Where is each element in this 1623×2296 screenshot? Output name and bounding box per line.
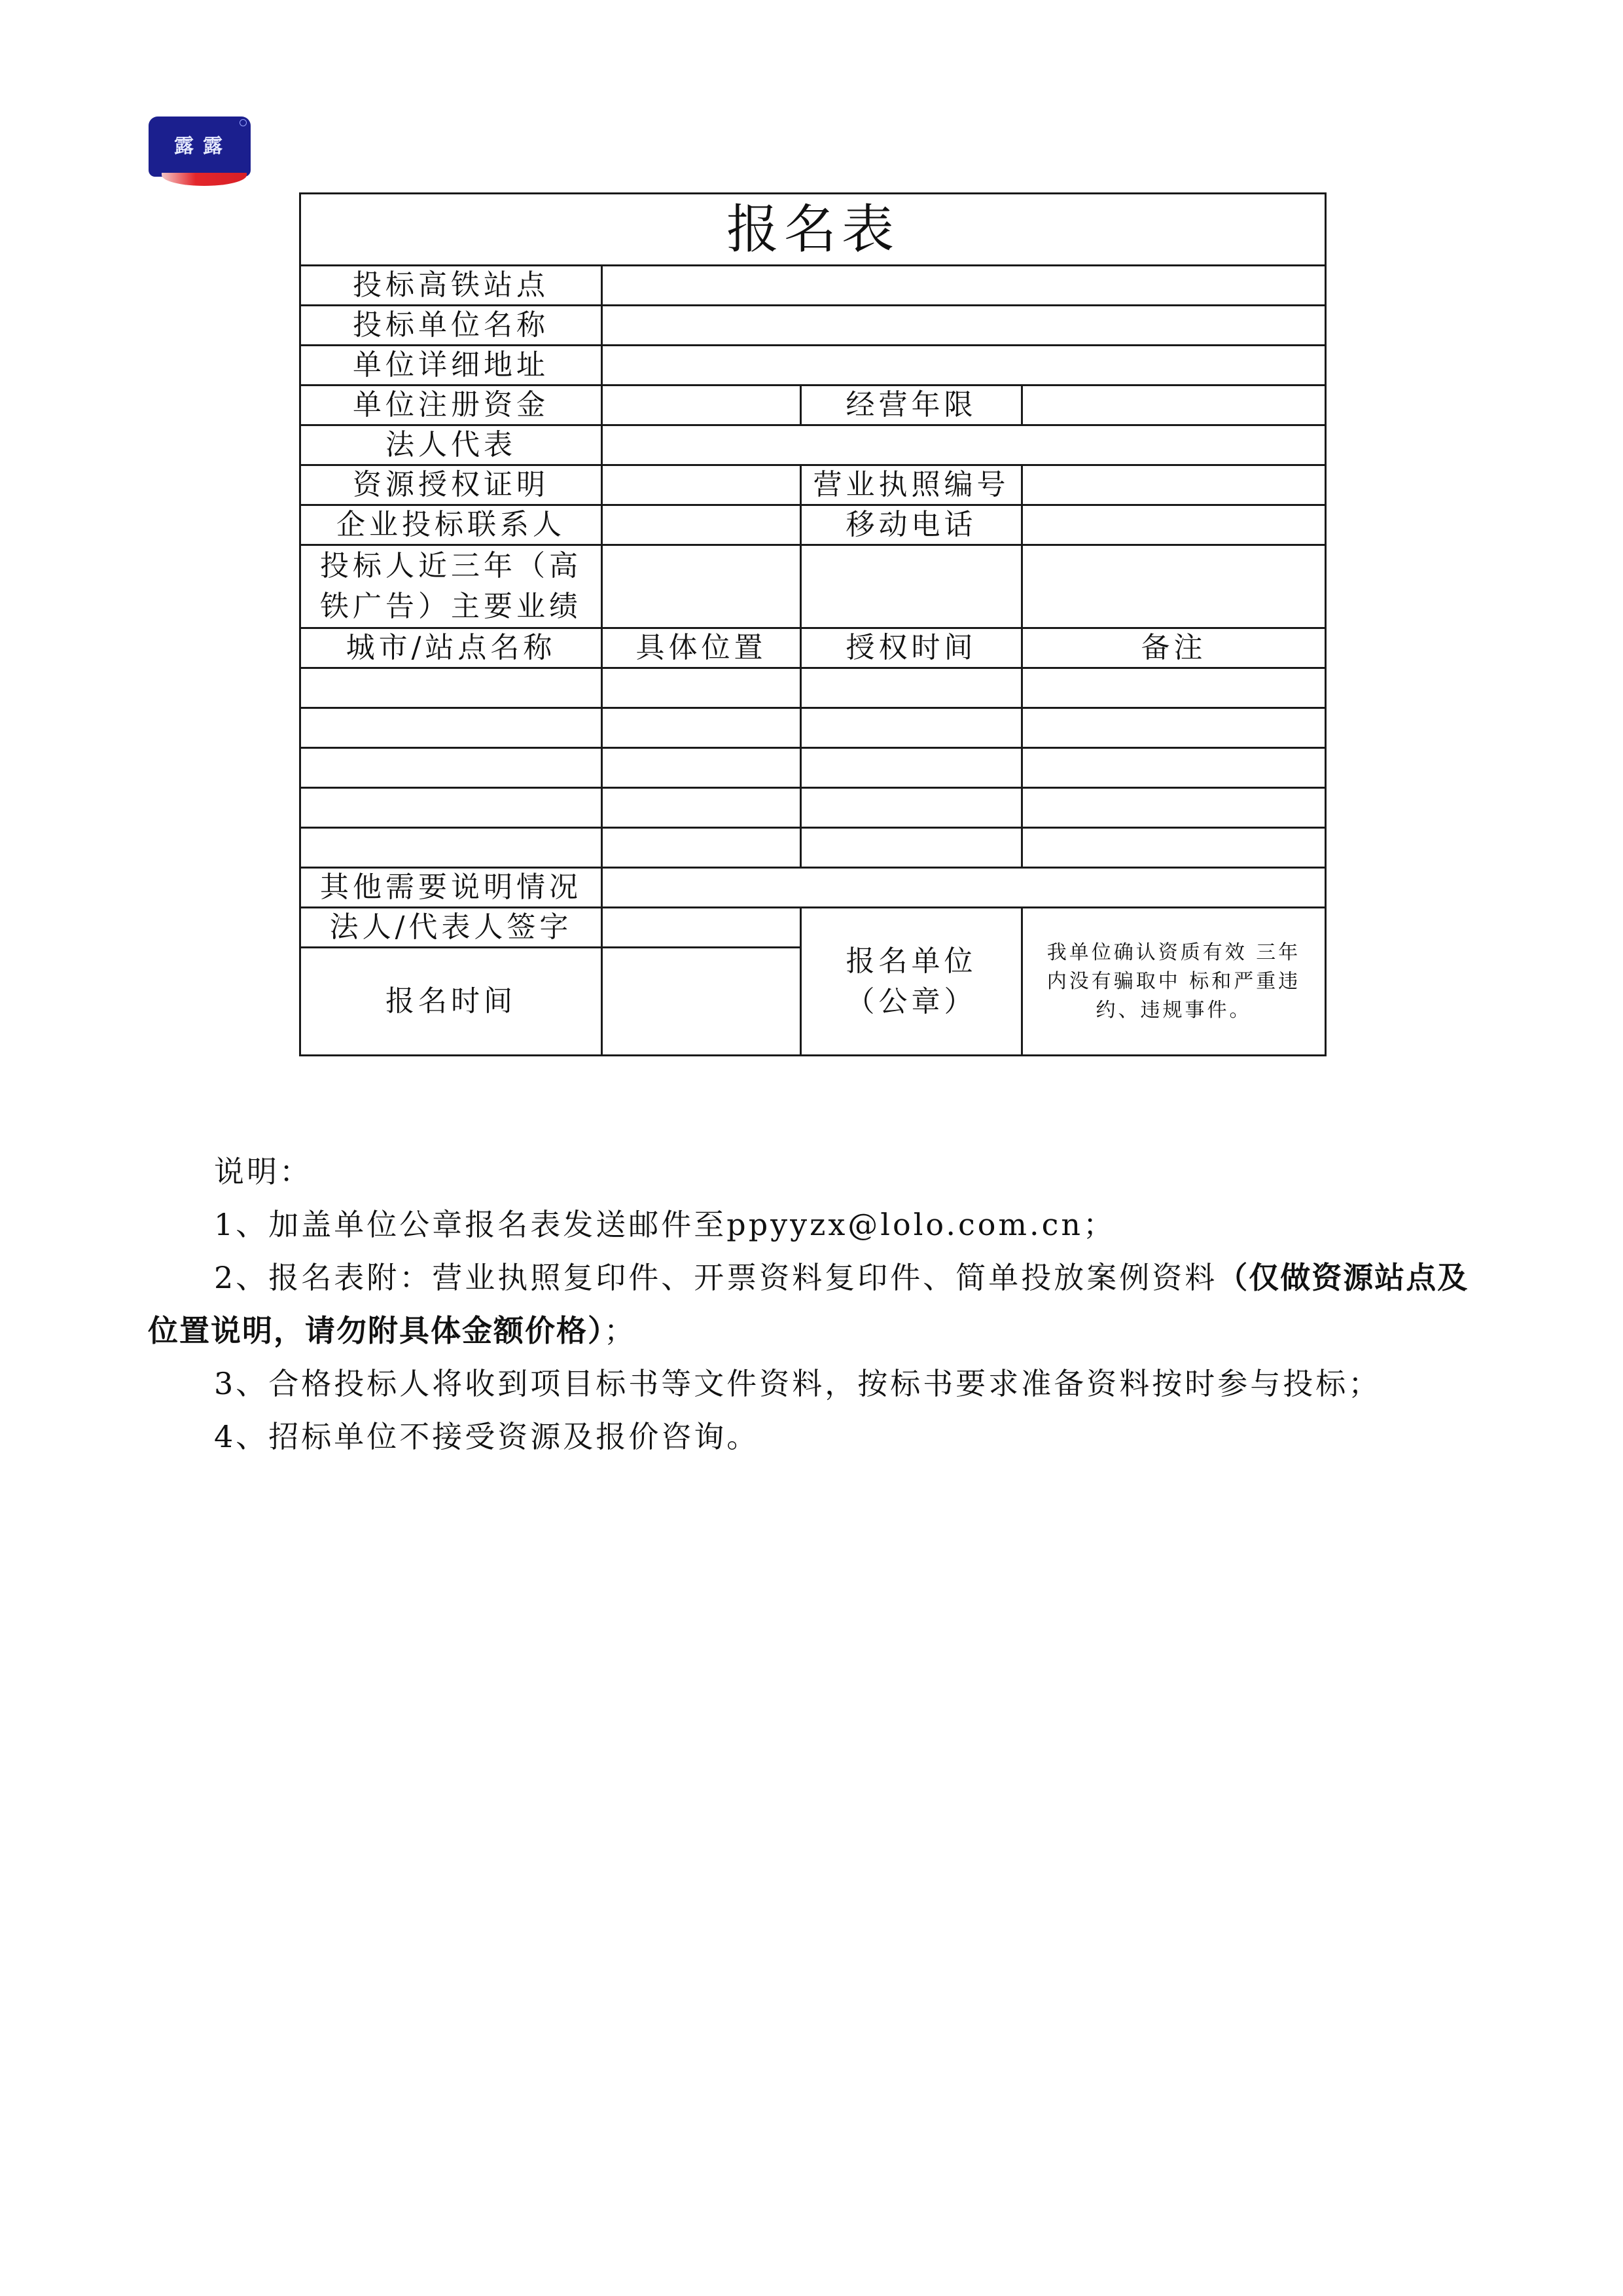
- instruction-item-2-text: 2、报名表附：营业执照复印件、开票资料复印件、简单投放案例资料: [214, 1260, 1217, 1295]
- header-remarks: 备注: [1022, 628, 1326, 668]
- field-performance-c[interactable]: [1022, 545, 1326, 628]
- cell-location[interactable]: [602, 748, 801, 788]
- label-performance: 投标人近三年（高铁广告）主要业绩: [300, 545, 602, 628]
- cell-location[interactable]: [602, 708, 801, 748]
- instruction-item-2-tail: ；: [604, 1313, 637, 1348]
- field-signature[interactable]: [602, 908, 801, 948]
- field-performance-a[interactable]: [602, 545, 801, 628]
- registered-mark-icon: [240, 119, 247, 126]
- label-license-no: 营业执照编号: [801, 465, 1022, 505]
- field-company-name[interactable]: [602, 306, 1326, 346]
- header-location: 具体位置: [602, 628, 801, 668]
- stamp-label: 报名单位 （公章）: [801, 908, 1022, 1056]
- declaration-text: 我单位确认资质有效 三年内没有骗取中 标和严重违约、违规事件。: [1022, 908, 1326, 1056]
- instruction-item-2: 2、报名表附：营业执照复印件、开票资料复印件、简单投放案例资料（仅做资源站点及位…: [148, 1251, 1483, 1357]
- table-row: [300, 828, 1326, 868]
- label-bid-station: 投标高铁站点: [300, 266, 602, 306]
- label-address: 单位详细地址: [300, 346, 602, 386]
- cell-city-station[interactable]: [300, 788, 602, 828]
- cell-location[interactable]: [602, 668, 801, 708]
- instructions: 说明： 1、加盖单位公章报名表发送邮件至ppyyzx@lolo.com.cn； …: [148, 1145, 1483, 1463]
- cell-auth-time[interactable]: [801, 708, 1022, 748]
- performance-header-row: 城市/站点名称 具体位置 授权时间 备注: [300, 628, 1326, 668]
- table-row: [300, 708, 1326, 748]
- logo-text: 露露: [174, 136, 232, 157]
- field-legal-rep[interactable]: [602, 425, 1326, 465]
- label-company-name: 投标单位名称: [300, 306, 602, 346]
- label-signup-time: 报名时间: [300, 948, 602, 1056]
- cell-remarks[interactable]: [1022, 748, 1326, 788]
- stamp-label-line1: 报名单位: [802, 941, 1021, 982]
- label-other-notes: 其他需要说明情况: [300, 868, 602, 908]
- logo-badge: 露露: [149, 117, 251, 177]
- label-legal-rep: 法人代表: [300, 425, 602, 465]
- label-signature: 法人/代表人签字: [300, 908, 602, 948]
- instruction-item-3: 3、合格投标人将收到项目标书等文件资料，按标书要求准备资料按时参与投标；: [148, 1357, 1483, 1410]
- cell-remarks[interactable]: [1022, 708, 1326, 748]
- cell-city-station[interactable]: [300, 748, 602, 788]
- cell-auth-time[interactable]: [801, 788, 1022, 828]
- table-row: [300, 748, 1326, 788]
- cell-location[interactable]: [602, 828, 801, 868]
- logo-red-swoosh: [162, 173, 247, 186]
- label-registered-capital: 单位注册资金: [300, 386, 602, 425]
- cell-city-station[interactable]: [300, 828, 602, 868]
- field-resource-auth[interactable]: [602, 465, 801, 505]
- label-mobile: 移动电话: [801, 505, 1022, 545]
- field-other-notes[interactable]: [602, 868, 1326, 908]
- label-resource-auth: 资源授权证明: [300, 465, 602, 505]
- cell-remarks[interactable]: [1022, 668, 1326, 708]
- cell-location[interactable]: [602, 788, 801, 828]
- cell-remarks[interactable]: [1022, 828, 1326, 868]
- stamp-label-line2: （公章）: [802, 982, 1021, 1022]
- field-operating-years[interactable]: [1022, 386, 1326, 425]
- cell-city-station[interactable]: [300, 668, 602, 708]
- field-registered-capital[interactable]: [602, 386, 801, 425]
- header-auth-time: 授权时间: [801, 628, 1022, 668]
- field-contact[interactable]: [602, 505, 801, 545]
- field-license-no[interactable]: [1022, 465, 1326, 505]
- field-performance-b[interactable]: [801, 545, 1022, 628]
- cell-city-station[interactable]: [300, 708, 602, 748]
- instructions-heading: 说明：: [148, 1145, 1483, 1198]
- field-mobile[interactable]: [1022, 505, 1326, 545]
- table-row: [300, 668, 1326, 708]
- instruction-item-1: 1、加盖单位公章报名表发送邮件至ppyyzx@lolo.com.cn；: [148, 1198, 1483, 1251]
- field-address[interactable]: [602, 346, 1326, 386]
- cell-remarks[interactable]: [1022, 788, 1326, 828]
- cell-auth-time[interactable]: [801, 828, 1022, 868]
- form-title: 报名表: [300, 194, 1326, 266]
- header-city-station: 城市/站点名称: [300, 628, 602, 668]
- company-logo: 露露: [149, 117, 251, 187]
- field-bid-station[interactable]: [602, 266, 1326, 306]
- registration-form-table: 报名表 投标高铁站点 投标单位名称 单位详细地址 单位注册资金 经营年限 法人代…: [299, 192, 1327, 1056]
- cell-auth-time[interactable]: [801, 748, 1022, 788]
- table-row: [300, 788, 1326, 828]
- cell-auth-time[interactable]: [801, 668, 1022, 708]
- instruction-item-4: 4、招标单位不接受资源及报价咨询。: [148, 1410, 1483, 1463]
- label-operating-years: 经营年限: [801, 386, 1022, 425]
- label-contact: 企业投标联系人: [300, 505, 602, 545]
- field-signup-time[interactable]: [602, 948, 801, 1056]
